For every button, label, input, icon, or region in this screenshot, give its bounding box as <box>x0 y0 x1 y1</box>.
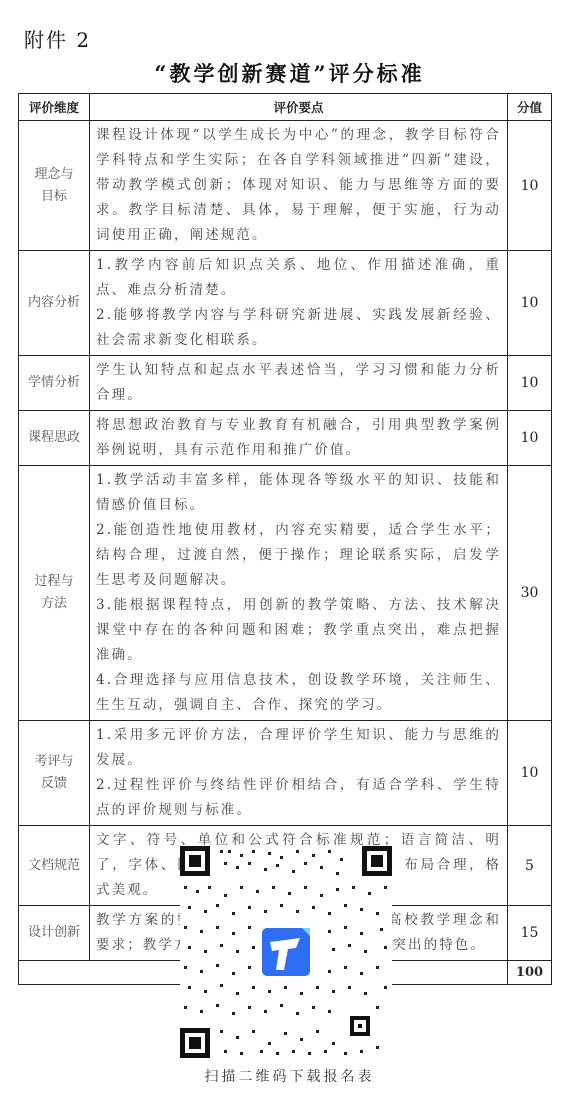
col-header-points: 评价要点 <box>90 94 508 121</box>
table-row: 内容分析 1.教学内容前后知识点关系、地位、作用描述准确，重点、难点分析清楚。 … <box>19 251 552 356</box>
points-cell: 课程设计体现“以学生成长为中心”的理念，教学目标符合学科特点和学生实际；在各自学… <box>90 121 508 251</box>
col-header-score: 分值 <box>508 94 552 121</box>
dimension-label: 课程思政 <box>28 430 80 445</box>
dimension-cell: 理念与 目标 <box>19 121 90 251</box>
dimension-label: 设计创新 <box>28 925 80 940</box>
tencent-docs-logo-icon <box>262 928 310 976</box>
qr-caption: 扫描二维码下载报名表 <box>0 1066 579 1086</box>
table-header-row: 评价维度 评价要点 分值 <box>19 94 552 121</box>
score-cell: 15 <box>508 906 552 961</box>
point-item: 1.教学内容前后知识点关系、地位、作用描述准确，重点、难点分析清楚。 <box>96 253 501 303</box>
score-cell: 10 <box>508 411 552 466</box>
point-item: 1.采用多元评价方法，合理评价学生知识、能力与思维的发展。 <box>96 723 501 773</box>
table-row: 过程与 方法 1.教学活动丰富多样，能体现各等级水平的知识、技能和情感价值目标。… <box>19 466 552 721</box>
dimension-label: 内容分析 <box>28 295 80 310</box>
dimension-label: 考评与 反馈 <box>34 754 73 791</box>
points-cell: 学生认知特点和起点水平表述恰当，学习习惯和能力分析合理。 <box>90 356 508 411</box>
col-header-dimension: 评价维度 <box>19 94 90 121</box>
dimension-cell: 内容分析 <box>19 251 90 356</box>
attachment-label: 附件 2 <box>24 24 91 53</box>
score-cell: 10 <box>508 121 552 251</box>
score-cell: 10 <box>508 356 552 411</box>
points-cell: 将思想政治教育与专业教育有机融合，引用典型教学案例举例说明，具有示范作用和推广价… <box>90 411 508 466</box>
score-cell: 10 <box>508 721 552 826</box>
point-item: 学生认知特点和起点水平表述恰当，学习习惯和能力分析合理。 <box>96 358 501 408</box>
points-cell: 1.采用多元评价方法，合理评价学生知识、能力与思维的发展。 2.过程性评价与终结… <box>90 721 508 826</box>
total-score: 100 <box>508 961 552 985</box>
table-row: 考评与 反馈 1.采用多元评价方法，合理评价学生知识、能力与思维的发展。 2.过… <box>19 721 552 826</box>
score-cell: 5 <box>508 826 552 906</box>
dimension-label: 过程与 方法 <box>34 574 73 611</box>
points-cell: 1.教学内容前后知识点关系、地位、作用描述准确，重点、难点分析清楚。 2.能够将… <box>90 251 508 356</box>
points-cell: 1.教学活动丰富多样，能体现各等级水平的知识、技能和情感价值目标。 2.能创造性… <box>90 466 508 721</box>
dimension-cell: 学情分析 <box>19 356 90 411</box>
score-cell: 30 <box>508 466 552 721</box>
point-item: 3.能根据课程特点，用创新的教学策略、方法、技术解决课堂中存在的各种问题和困难；… <box>96 593 501 668</box>
point-item: 4.合理选择与应用信息技术，创设教学环境，关注师生、生生互动，强调自主、合作、探… <box>96 668 501 718</box>
dimension-cell: 考评与 反馈 <box>19 721 90 826</box>
dimension-label: 理念与 目标 <box>34 167 73 204</box>
table-row: 学情分析 学生认知特点和起点水平表述恰当，学习习惯和能力分析合理。 10 <box>19 356 552 411</box>
qr-code-icon[interactable] <box>180 846 392 1058</box>
table-row: 理念与 目标 课程设计体现“以学生成长为中心”的理念，教学目标符合学科特点和学生… <box>19 121 552 251</box>
dimension-cell: 文档规范 <box>19 826 90 906</box>
point-item: 2.能创造性地使用教材，内容充实精要，适合学生水平；结构合理，过渡自然，便于操作… <box>96 518 501 593</box>
point-item: 2.过程性评价与终结性评价相结合，有适合学科、学生特点的评价规则与标准。 <box>96 773 501 823</box>
dimension-label: 学情分析 <box>28 375 80 390</box>
dimension-label: 文档规范 <box>28 858 80 873</box>
point-item: 1.教学活动丰富多样，能体现各等级水平的知识、技能和情感价值目标。 <box>96 468 501 518</box>
point-item: 2.能够将教学内容与学科研究新进展、实践发展新经验、社会需求新变化相联系。 <box>96 303 501 353</box>
table-row: 课程思政 将思想政治教育与专业教育有机融合，引用典型教学案例举例说明，具有示范作… <box>19 411 552 466</box>
dimension-cell: 过程与 方法 <box>19 466 90 721</box>
dimension-cell: 设计创新 <box>19 906 90 961</box>
document-title: “教学创新赛道”评分标准 <box>0 58 579 88</box>
point-item: 课程设计体现“以学生成长为中心”的理念，教学目标符合学科特点和学生实际；在各自学… <box>96 123 501 248</box>
dimension-cell: 课程思政 <box>19 411 90 466</box>
point-item: 将思想政治教育与专业教育有机融合，引用典型教学案例举例说明，具有示范作用和推广价… <box>96 413 501 463</box>
score-cell: 10 <box>508 251 552 356</box>
